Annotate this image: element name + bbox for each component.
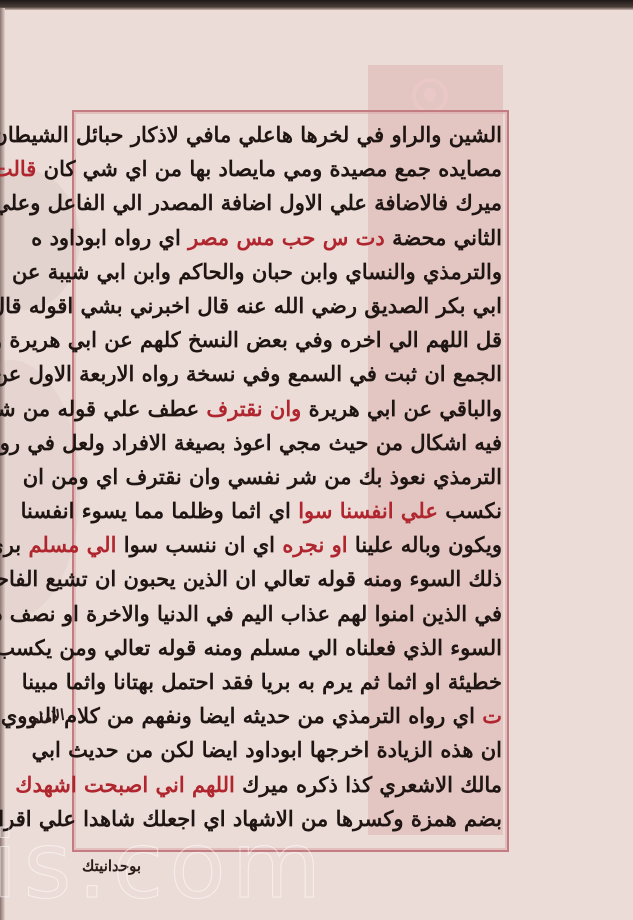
manuscript-line: مالك الاشعري كذا ذكره ميرك اللهم اني اصب… bbox=[80, 768, 502, 802]
manuscript-line: مصايده جمع مصيدة ومي مايصاد بها من اي شي… bbox=[80, 152, 502, 186]
manuscript-line: والباقي عن ابي هريرة وان نقترف عطف علي ق… bbox=[80, 392, 502, 426]
watermark-text: is.com bbox=[0, 820, 327, 912]
manuscript-line: الشين والراو في لخرها هاعلي مافي لاذكار … bbox=[80, 118, 502, 152]
body-text: عطف علي قوله من شر نفسي لكن bbox=[0, 396, 206, 421]
body-text: اي رواه الترمذي من حديثه ايضا ونفهم من ك… bbox=[1, 703, 482, 728]
manuscript-line: ان هذه الزيادة اخرجها ابوداود ايضا لكن م… bbox=[80, 733, 502, 767]
body-text: فيه اشكال من حيث مجي اعوذ بصيغة الافراد … bbox=[0, 430, 502, 455]
body-text: في الذين امنوا لهم عذاب اليم في الدنيا و… bbox=[0, 601, 502, 626]
body-text: اي اثما وظلما مما يسوء انفسنا bbox=[21, 498, 299, 523]
rubric-text: او نجره bbox=[282, 532, 347, 557]
manuscript-line: والترمذي والنساي وابن حبان والحاكم وابن … bbox=[80, 255, 502, 289]
body-text: بري من bbox=[0, 532, 28, 557]
body-text: اي رواه ابوداود ه bbox=[31, 225, 188, 250]
body-text: ويكون وباله علينا bbox=[348, 532, 502, 557]
body-text: نكسب bbox=[438, 498, 502, 523]
body-text: الشين والراو في لخرها هاعلي مافي لاذكار … bbox=[0, 122, 502, 147]
manuscript-line: السوء الذي فعلناه الي مسلم ومنه قوله تعا… bbox=[80, 631, 502, 665]
manuscript-text-block: الشين والراو في لخرها هاعلي مافي لاذكار … bbox=[80, 118, 502, 836]
body-text: ذلك السوء ومنه قوله تعالي ان الذين يحبون… bbox=[0, 566, 502, 591]
manuscript-line: ت اي رواه الترمذي من حديثه ايضا ونفهم من… bbox=[80, 699, 502, 733]
rubric-text: قالت bbox=[0, 156, 36, 181]
body-text: والباقي عن ابي هريرة bbox=[301, 396, 502, 421]
manuscript-line: ميرك فالاضافة علي الاول اضافة المصدر الي… bbox=[80, 186, 502, 220]
manuscript-page: الشين والراو في لخرها هاعلي مافي لاذكار … bbox=[0, 0, 633, 920]
manuscript-line: ويكون وباله علينا او نجره اي ان ننسب سوا… bbox=[80, 528, 502, 562]
manuscript-line: ابي بكر الصديق رضي الله عنه قال اخبرني ب… bbox=[80, 289, 502, 323]
body-text: الترمذي نعوذ بك من شر نفسي وان نقترف اي … bbox=[23, 464, 502, 489]
body-text: اي ان ننسب سوا bbox=[116, 532, 282, 557]
manuscript-line: الجمع ان ثبت في السمع وفي نسخة رواه الار… bbox=[80, 357, 502, 391]
rubric-text: اللهم اني اصبحت اشهدك bbox=[15, 772, 235, 797]
manuscript-line: قل اللهم الي اخره وفي بعض النسخ كلهم عن … bbox=[80, 323, 502, 357]
manuscript-line: في الذين امنوا لهم عذاب اليم في الدنيا و… bbox=[80, 597, 502, 631]
rubric-text: ت bbox=[482, 703, 502, 728]
rubric-text: وان نقترف bbox=[206, 396, 301, 421]
rubric-text: علي انفسنا سوا bbox=[298, 498, 438, 523]
body-text: السوء الذي فعلناه الي مسلم ومنه قوله تعا… bbox=[0, 635, 502, 660]
body-text: والترمذي والنساي وابن حبان والحاكم وابن … bbox=[12, 259, 502, 284]
body-text: ابي بكر الصديق رضي الله عنه قال اخبرني ب… bbox=[0, 293, 502, 318]
body-text: ميرك فالاضافة علي الاول اضافة المصدر الي… bbox=[0, 190, 502, 215]
body-text: مصايده جمع مصيدة ومي مايصاد بها من اي شي… bbox=[36, 156, 502, 181]
manuscript-line: نكسب علي انفسنا سوا اي اثما وظلما مما يس… bbox=[80, 494, 502, 528]
manuscript-line: الترمذي نعوذ بك من شر نفسي وان نقترف اي … bbox=[80, 460, 502, 494]
body-text: الجمع ان ثبت في السمع وفي نسخة رواه الار… bbox=[0, 361, 502, 386]
rubric-text: الي مسلم bbox=[28, 532, 116, 557]
manuscript-line: ذلك السوء ومنه قوله تعالي ان الذين يحبون… bbox=[80, 562, 502, 596]
rubric-text: دت س حب مس مصر bbox=[188, 225, 385, 250]
page-top-edge bbox=[0, 0, 633, 10]
body-text: خطيئة او اثما ثم يرم به بريا فقد احتمل ب… bbox=[22, 669, 502, 694]
body-text: مالك الاشعري كذا ذكره ميرك bbox=[235, 772, 502, 797]
body-text: الثاني محضة bbox=[385, 225, 502, 250]
manuscript-line: خطيئة او اثما ثم يرم به بريا فقد احتمل ب… bbox=[80, 665, 502, 699]
watermark-logo-icon bbox=[412, 78, 448, 114]
body-text: قل اللهم الي اخره وفي بعض النسخ كلهم عن … bbox=[0, 327, 502, 352]
manuscript-line: الثاني محضة دت س حب مس مصر اي رواه ابودا… bbox=[80, 221, 502, 255]
manuscript-line: فيه اشكال من حيث مجي اعوذ بصيغة الافراد … bbox=[80, 426, 502, 460]
body-text: ان هذه الزيادة اخرجها ابوداود ايضا لكن م… bbox=[32, 737, 502, 762]
